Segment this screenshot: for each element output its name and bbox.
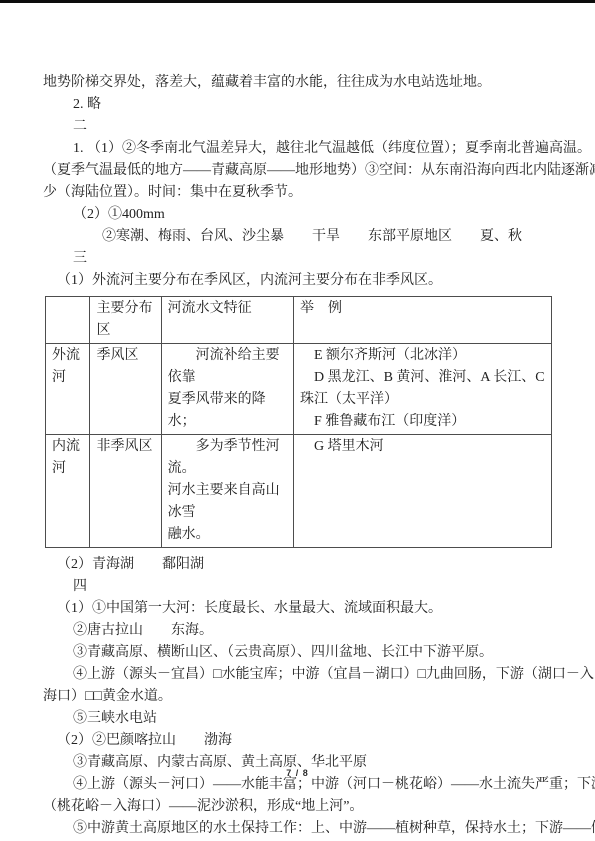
table-cell: 河流补给主要依靠 夏季风带来的降水；	[161, 344, 293, 435]
answer-line: 海口）□□黄金水道。	[43, 686, 555, 708]
answer-line: ⑤三峡水电站	[43, 708, 555, 730]
answer-line: ②唐古拉山 东海。	[43, 620, 555, 642]
answer-line: 少（海陆位置）。时间：集中在夏秋季节。	[43, 182, 555, 204]
table-cell: 非季风区	[90, 435, 161, 548]
table-header-cell: 举 例	[293, 297, 551, 344]
table-cell: E 额尔齐斯河（北冰洋） D 黑龙江、B 黄河、淮河、A 长江、C 珠江（太平洋…	[293, 344, 551, 435]
page-number: 7 / 8	[0, 768, 595, 778]
page-top-border	[0, 0, 595, 3]
table-header-row: 主要分布区 河流水文特征 举 例	[46, 297, 552, 344]
answer-line: （2）①400mm	[43, 204, 555, 226]
answer-line: 2. 略	[43, 94, 555, 116]
document-content: 地势阶梯交界处，落差大，蕴藏着丰富的水能，往往成为水电站选址地。 2. 略 二 …	[43, 72, 555, 840]
section-heading: 四	[43, 576, 555, 598]
table-cell: 外流河	[46, 344, 90, 435]
answer-line: （2）②巴颜喀拉山 渤海	[43, 730, 555, 752]
answer-line: （桃花峪－入海口）——泥沙淤积，形成“地上河”。	[43, 796, 555, 818]
answer-line: （1）①中国第一大河：长度最长、水量最大、流域面积最大。	[43, 598, 555, 620]
answer-line: 1. （1）②冬季南北气温差异大，越往北气温越低（纬度位置）；夏季南北普遍高温。	[43, 138, 555, 160]
table-cell: 内流河	[46, 435, 90, 548]
table-cell: 多为季节性河流。 河水主要来自高山冰雪 融水。	[161, 435, 293, 548]
table-header-cell	[46, 297, 90, 344]
table-header-cell: 主要分布区	[90, 297, 161, 344]
answer-line: ④上游（源头－宜昌）□水能宝库；中游（宜昌－湖口）□九曲回肠，下游（湖口－入	[43, 664, 555, 686]
table-cell: 季风区	[90, 344, 161, 435]
table-header-cell: 河流水文特征	[161, 297, 293, 344]
table-cell: G 塔里木河	[293, 435, 551, 548]
answer-line: 地势阶梯交界处，落差大，蕴藏着丰富的水能，往往成为水电站选址地。	[43, 72, 555, 94]
answer-line: （2）青海湖 鄱阳湖	[43, 554, 555, 576]
table-row: 外流河 季风区 河流补给主要依靠 夏季风带来的降水； E 额尔齐斯河（北冰洋） …	[46, 344, 552, 435]
rivers-table: 主要分布区 河流水文特征 举 例 外流河 季风区 河流补给主要依靠 夏季风带来的…	[45, 296, 552, 548]
answer-line: ③青藏高原、横断山区、（云贵高原）、四川盆地、长江中下游平原。	[43, 642, 555, 664]
table-row: 内流河 非季风区 多为季节性河流。 河水主要来自高山冰雪 融水。 G 塔里木河	[46, 435, 552, 548]
answer-line: ②寒潮、梅雨、台风、沙尘暴 干旱 东部平原地区 夏、秋	[43, 226, 555, 248]
document-page: 地势阶梯交界处，落差大，蕴藏着丰富的水能，往往成为水电站选址地。 2. 略 二 …	[0, 0, 595, 841]
section-heading: 三	[43, 248, 555, 270]
answer-line: （夏季气温最低的地方——青藏高原——地形地势）③空间：从东南沿海向西北内陆逐渐减	[43, 160, 555, 182]
section-heading: 二	[43, 116, 555, 138]
answer-line: （1）外流河主要分布在季风区，内流河主要分布在非季风区。	[43, 270, 555, 292]
answer-line: ⑤中游黄土高原地区的水土保持工作：上、中游——植树种草，保持水土；下游——修	[43, 818, 555, 840]
